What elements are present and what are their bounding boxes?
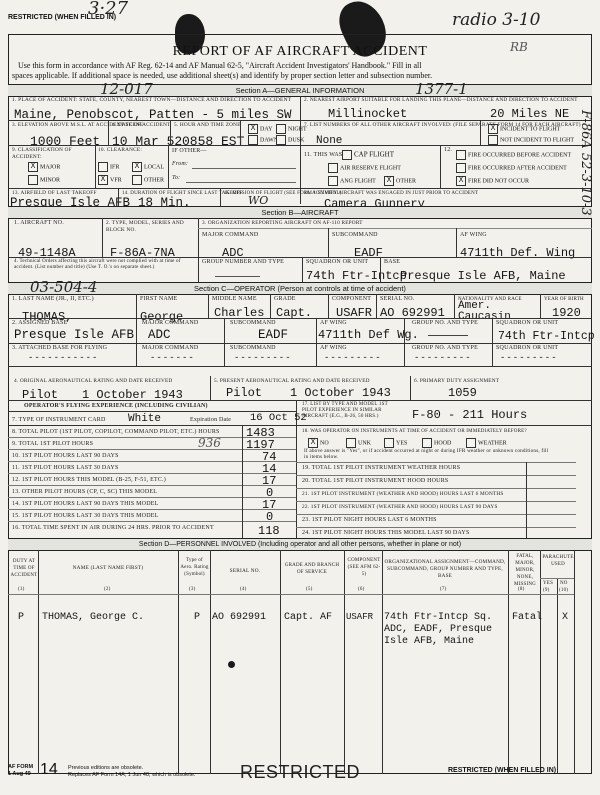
divider [296,501,576,502]
minor-checkbox[interactable]: Minor [28,175,60,185]
group-number-label: Group Number and Type [202,259,284,266]
divider [270,294,271,318]
divider [224,318,225,366]
attached-major-command-blank[interactable]: ------- [150,353,195,363]
handwritten-case-left: 12-017 [100,80,153,98]
assigned-major-command-value[interactable]: ADC [148,328,171,342]
flying-experience-header: OPERATOR'S FLYING EXPERIENCE (Including … [24,403,208,410]
divider [404,318,405,366]
divider [8,188,592,189]
assigned-squadron-label: Squadron or Unit [496,320,558,327]
technical-orders-label: 4. Technical Orders affecting this aircr… [14,259,194,271]
attached-af-wing-label: AF Wing [320,345,347,352]
handwritten-top-number: 3·27 [88,0,128,19]
date-label: 4. Date of Accident [112,122,171,129]
expiration-value[interactable]: 16 Oct 52 [250,412,307,424]
attached-subcommand-label: Subcommand [230,345,276,352]
hours-label: 9. Total 1st Pilot Hours [12,441,93,448]
dawn-checkbox[interactable]: Dawn [248,135,278,145]
present-rating-value[interactable]: Pilot [226,386,262,400]
rating-value[interactable]: P [194,612,200,623]
other-clearance-checkbox[interactable]: Other [132,175,164,185]
hours-label: 11. 1st Pilot Hours Last 30 Days [12,465,118,472]
divider [240,120,241,145]
grade-branch-value[interactable]: Capt. AF [284,612,332,623]
activity-label: 16. Activity Aircraft Was Engaged in Jus… [304,190,478,197]
dusk-checkbox[interactable]: Dusk [276,135,304,145]
divider [296,462,576,463]
handwritten-section-c: 03-504-4 [30,278,97,296]
nearest-airport-value[interactable]: Millinocket [328,107,407,121]
other-flight-checkbox[interactable]: XOther [384,176,416,186]
assigned-subcommand-value[interactable]: EADF [258,328,288,342]
assigned-base-value[interactable]: Presque Isle AFB [14,328,134,342]
divider [508,550,509,774]
attached-subcommand-blank[interactable]: --------- [234,353,292,363]
nearest-airport-label: 2. Nearest Airport suitable for landing … [304,97,578,104]
divider [38,550,39,774]
divider [8,473,296,474]
divider [198,228,592,229]
divider [170,120,171,145]
from-input-line[interactable] [192,168,296,169]
col-header-name: Name (Last name first) [40,565,176,572]
middle-name-label: Middle Name [212,296,257,303]
instrument-hours-label: 23. 1st Pilot Night Hours Last 6 Months [302,517,437,524]
instructions-line-1: Use this form in accordance with AF Reg.… [18,61,593,71]
instruments-weather-checkbox[interactable]: Weather [466,438,507,448]
present-rating-date[interactable]: 1 October 1943 [290,386,391,400]
instrument-card-value[interactable]: White [128,413,161,425]
divider [136,294,137,318]
day-checkbox[interactable]: XDay [248,124,272,134]
divider [178,550,179,774]
component-label: Component [332,296,371,303]
if-other-label: If Other— [172,148,207,155]
col-header-grade: Grade and Branch of Service [282,562,342,576]
form-label: AF FORM [8,764,33,771]
hours-label: 13. Other Pilot Hours (CP, C, SC) This M… [12,489,157,496]
place-of-accident-label: 1. Place of Accident: State, county, nea… [12,97,291,104]
serial-label: Serial No. [380,296,414,303]
first-name-label: First Name [140,296,177,303]
local-checkbox[interactable]: XLocal [132,162,164,172]
assigned-base-label: 2. Assigned Base [12,320,67,327]
divider [8,318,592,319]
divider [8,343,592,344]
not-incident-to-flight-checkbox[interactable]: Not Incident to Flight [488,135,574,145]
col-num-org: (7) [440,586,446,593]
org-assignment-line-1[interactable]: 74th Ftr-Intcp Sq. [384,612,492,623]
divider [302,257,303,282]
divider [344,550,345,774]
divider [242,425,243,538]
divider [8,120,592,121]
col-header-parachute-no: No [560,580,568,587]
divider [382,550,383,774]
hours-label: 12. 1st Pilot Hours This Model (B-25, F-… [12,477,166,484]
on-instruments-label: 18. Was Operator on Instruments at Time … [302,428,527,435]
handwritten-hours-note: 936 [198,436,221,450]
assigned-squadron-value[interactable]: 74th Ftr-Intcp [498,330,595,343]
squadron-value[interactable]: 74th Ftr-Intcp [306,269,407,283]
instruments-yes-checkbox[interactable]: Yes [384,438,407,448]
divider [296,527,576,528]
col-num-rating: (3) [189,586,195,593]
divider [8,521,296,522]
divider [328,294,329,318]
cap-flight-checkbox[interactable]: CAP Flight [342,150,394,160]
col-num-name: (2) [104,586,110,593]
divider [526,462,527,538]
hour-label: 5. Hour and Time Zone [174,122,241,129]
squadron-label: Squadron or Unit [306,259,368,266]
divider [8,257,592,258]
form-number: 14 [40,761,58,779]
divider [210,376,211,400]
divider [328,228,329,257]
divider [296,425,592,426]
divider [380,257,381,282]
divider [136,318,137,366]
instructions-line-2: spaces applicable. If additional space i… [12,71,587,81]
divider [540,578,574,579]
divider [540,550,541,774]
field-12-number: 12. [444,147,452,154]
assigned-af-wing-label: AF Wing [320,320,347,327]
attached-group-blank[interactable]: --------- [414,353,472,363]
hour-value[interactable]: 0858 EST [182,134,244,149]
col-num-injury: (8) [518,586,524,593]
divider [8,594,574,595]
divider [8,400,592,401]
classification-label: 9. Classification of Accident: [12,147,92,161]
instrument-hours-label: 19. Total 1st Pilot Instrument Weather H… [302,465,460,472]
restricted-marking-bottom: RESTRICTED (WHEN FILLED IN) [448,767,556,774]
ifr-checkbox[interactable]: IFR [98,162,119,172]
col-header-injury: Fatal, Major, Minor, None, Missing [510,553,540,588]
divider [208,294,209,318]
divider [454,294,455,318]
group-number-value-blank[interactable] [215,276,260,277]
col-header-component: Component (See AFM 62-5) [346,557,382,578]
margin-annotation: F-86A 52-3-10-3 [578,110,593,216]
duty-value[interactable]: P [18,612,24,623]
fire-before-checkbox[interactable]: Fire Occurred Before Accident [456,150,571,160]
instruments-hood-checkbox[interactable]: Hood [422,438,451,448]
serial-no-value[interactable]: AO 692991 [212,612,266,623]
assigned-major-command-label: Major Command [142,320,198,327]
instrument-hours-label: 20. Total 1st Pilot Instrument Hood Hour… [302,478,448,485]
hours-label: 16. Total Time Spent in Air During 24 Hr… [12,525,214,532]
col-header-parachute-yes: Yes [543,580,553,587]
divider [8,449,296,450]
restricted-stamp: RESTRICTED [240,762,360,783]
instruments-unk-checkbox[interactable]: Unk [346,438,371,448]
hours-label: 8. Total Pilot (1st Pilot, Copilot, Comm… [12,429,220,436]
org-reporting-label: 3. Organization Reporting Aircraft on AF… [202,220,363,227]
attached-major-command-label: Major Command [142,345,198,352]
hours-label: 15. 1st Pilot Hours Last 30 Days This Mo… [12,513,158,520]
instrument-hours-label: 21. 1st Pilot Instrument (Weather and Ho… [302,491,504,498]
fire-did-not-occur-checkbox[interactable]: XFire Did Not Occur [456,176,529,186]
year-of-birth-label: Year of Birth [544,296,584,303]
expiration-label: Expiration Date [190,417,231,424]
to-label: To: [172,175,180,182]
attached-af-wing-blank[interactable]: --------- [324,353,382,363]
assigned-group-blank[interactable] [428,335,468,336]
col-header-parachute: Parachute Used [542,554,574,568]
divider [8,485,296,486]
nearest-airport-distance[interactable]: 20 Miles NE [490,107,569,121]
org-assignment-line-2[interactable]: ADC, EADF, Presque [384,624,492,635]
subcommand-label: Subcommand [332,232,378,239]
form-notice: Previous editions are obsolete. Replaces… [68,765,195,779]
divider [8,461,296,462]
divider [296,475,576,476]
col-num-parachute-no: (10) [559,587,568,594]
divider [280,550,281,774]
night-checkbox[interactable]: Night [276,124,307,134]
col-num-duty: (1) [18,586,24,593]
divider [440,145,441,188]
component-col-value[interactable]: USAFR [346,612,373,622]
attached-squadron-blank[interactable]: --------- [500,353,558,363]
col-num-grade: (5) [306,586,312,593]
notice-line-2: Replaces AF Form 14A, 1 Jun 48, which is… [68,772,195,779]
divider [376,294,377,318]
instruments-note: If above answer is "Yes", or if accident… [304,448,554,460]
divider [492,318,493,366]
primary-duty-label: 6. Primary Duty Assignment [414,378,499,385]
hours-value[interactable]: 118 [258,524,280,538]
col-header-serial: Serial No. [212,568,278,575]
section-b-header: Section B—AIRCRAFT [8,206,592,219]
injury-value[interactable]: Fatal [512,612,542,623]
divider [8,509,296,510]
divider [102,218,103,257]
aircraft-no-label: 1. Aircraft No. [14,220,64,227]
divider [410,376,411,400]
notice-line-1: Previous editions are obsolete. [68,765,195,772]
col-header-duty: Duty at time of accident [10,558,38,579]
divider [8,366,592,367]
attached-base-label: 3. Attached Base for Flying [12,345,107,352]
parachute-no-value[interactable]: X [562,612,568,623]
vfr-checkbox[interactable]: XVFR [98,175,122,185]
col-num-parachute-yes: (9) [543,587,549,594]
grade-label: Grade [274,296,296,303]
col-header-org: Organizational Assignment—Command, Subco… [384,559,506,580]
ink-dot [228,661,235,668]
divider [456,228,457,257]
base-label: Base [384,259,400,266]
form-label-block: AF FORM 1 Aug 49 [8,764,33,778]
instrument-hours-label: 22. 1st Pilot Instrument (Weather and Ho… [302,504,498,511]
similar-aircraft-label: 17. List by Type and Model 1st Pilot Exp… [302,402,402,420]
major-command-label: Major Command [202,232,258,239]
org-assignment-line-3[interactable]: Isle AFB, Maine [384,636,474,647]
instrument-card-label: 7. Type of Instrument Card [12,417,106,424]
ang-flight-checkbox[interactable]: ANG Flight [328,176,376,186]
divider [168,145,169,188]
primary-duty-value[interactable]: 1059 [448,386,477,400]
divider [108,120,109,145]
form-date: 1 Aug 49 [8,771,33,778]
handwritten-case-right: 1377-1 [415,80,468,98]
similar-aircraft-value[interactable]: F-80 - 211 Hours [412,408,527,422]
divider [220,188,221,206]
fire-after-checkbox[interactable]: Fire Occurred After Accident [456,163,567,173]
to-input-line[interactable] [186,182,296,183]
divider [480,120,481,145]
divider [557,578,558,774]
instrument-hours-label: 24. 1st Pilot Night Hours THIS MODEL Las… [302,530,470,537]
type-model-label: 2. Type, Model, Series and Block No. [106,220,196,234]
from-label: From: [172,161,188,168]
divider [210,550,211,774]
hours-label: 10. 1st Pilot Hours Last 90 Days [12,453,119,460]
assigned-group-label: Group No. and Type [412,320,478,327]
accident-report-page: RESTRICTED (WHEN FILLED IN) 3·27 radio 3… [0,0,600,795]
original-rating-label: 4. Original Aeronautical Rating and Date… [14,378,172,385]
attached-base-blank[interactable]: ----------- [28,353,98,363]
divider [574,550,575,774]
assigned-subcommand-label: Subcommand [230,320,276,327]
present-rating-label: 5. Present Aeronautical Rating and Date … [214,378,370,385]
name-value[interactable]: THOMAS, George C. [42,612,144,623]
handwritten-initials: RB [510,40,528,54]
col-num-component: (6) [358,586,364,593]
instruments-no-checkbox[interactable]: XNo [308,438,329,448]
air-reserve-flight-checkbox[interactable]: Air Reserve Flight [328,163,401,173]
last-name-label: 1. Last Name (Jr., II, etc.) [12,296,94,303]
base-value[interactable]: Presque Isle AFB, Maine [400,269,566,283]
major-checkbox[interactable]: XMajor [28,162,60,172]
col-header-rating: Type of Aero. Rating (Symbol) [180,557,209,578]
af-wing-label: AF Wing [460,232,487,239]
divider [95,145,96,188]
col-num-serial: (4) [240,586,246,593]
divider [296,514,576,515]
handwritten-top-right: radio 3-10 [452,10,540,30]
section-d-header: Section D—PERSONNEL INVOLVED (Including … [8,538,592,551]
attached-group-label: Group No. and Type [412,345,478,352]
divider [540,294,541,318]
divider [296,488,576,489]
hours-label: 14. 1st Pilot Hours Last 90 Days This Mo… [12,501,158,508]
clearance-label: 10. Clearance: [98,147,142,154]
divider [118,188,119,206]
incident-to-flight-checkbox[interactable]: XIncident to Flight [488,124,560,134]
divider [316,318,317,366]
divider [8,497,296,498]
attached-squadron-label: Squadron or Unit [496,345,558,352]
